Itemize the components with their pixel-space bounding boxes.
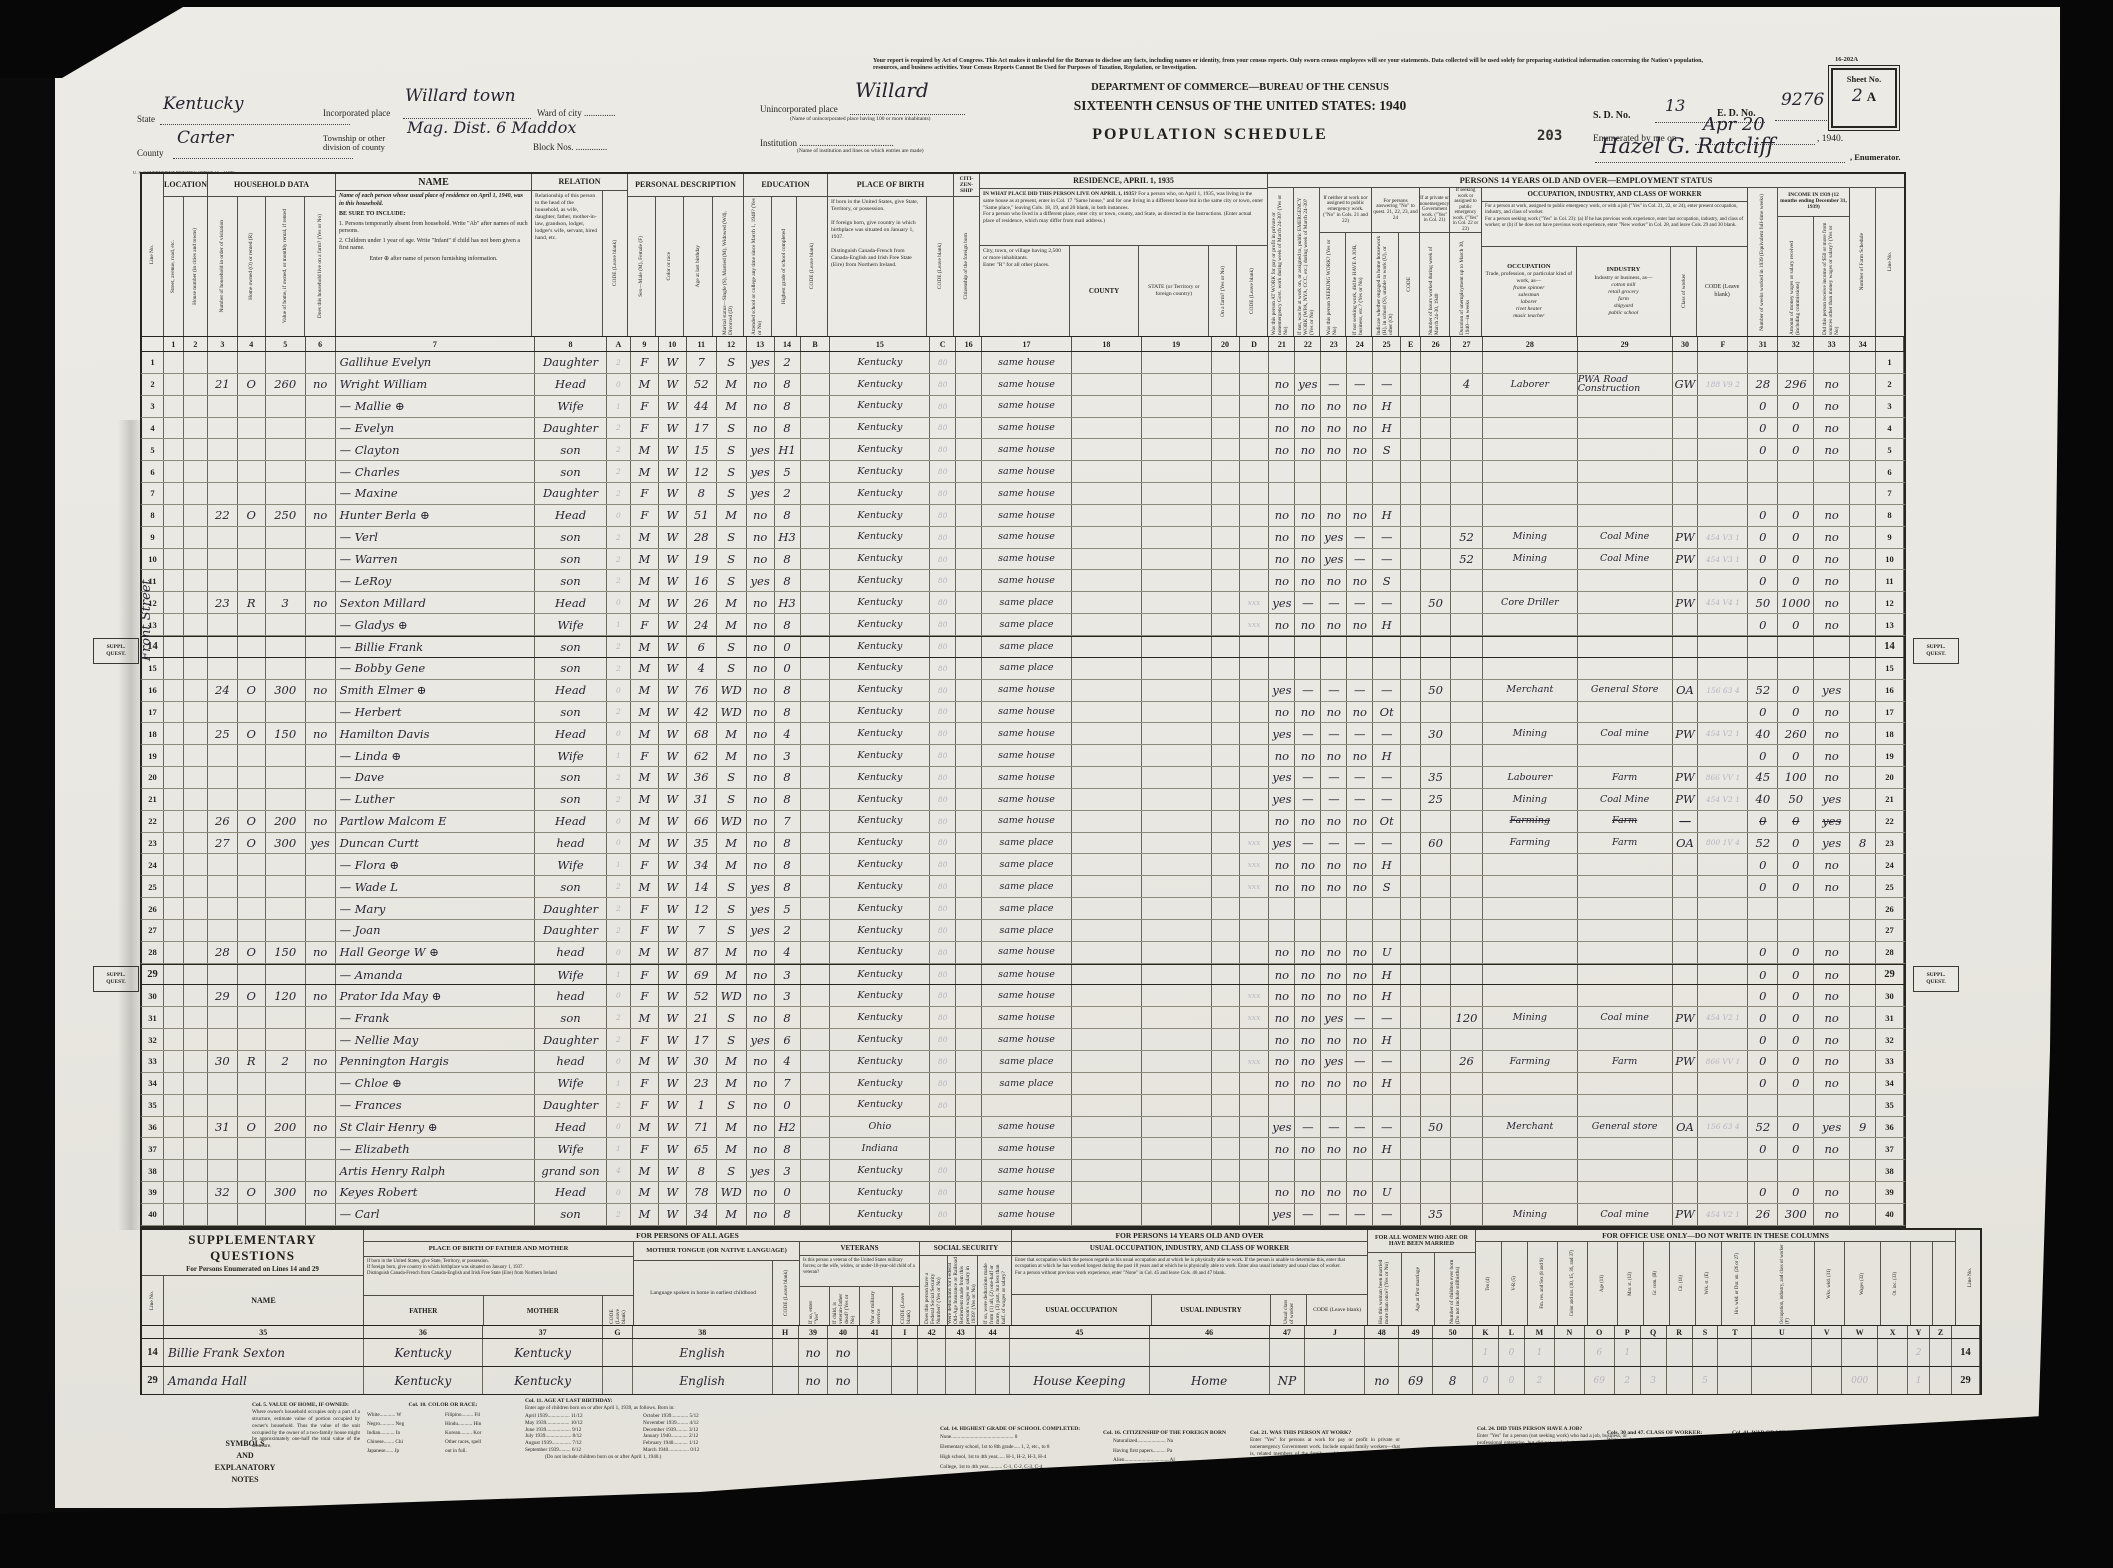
cell-c13: no xyxy=(747,965,775,985)
cell-c30: OA xyxy=(1673,833,1699,854)
cell-c10: W xyxy=(659,876,687,897)
cell-c22: no xyxy=(1295,1051,1321,1072)
cell-c13: no xyxy=(747,1182,775,1203)
cell-c21: no xyxy=(1269,1029,1295,1050)
cell-cA: 0 xyxy=(607,505,631,526)
cell-ln: 19 xyxy=(142,745,164,766)
cell-name: St Clair Henry ⊕ xyxy=(336,1117,536,1138)
cell-c1 xyxy=(164,1073,184,1094)
answering-no-subgroup: For persons answering "No" to quest. 21,… xyxy=(1372,188,1420,336)
schedule-row-29: 29— AmandaWife1FW69Mno3Kentucky80same ho… xyxy=(140,964,1906,986)
cell-c33: no xyxy=(1814,1138,1850,1159)
cell-cC: 80 xyxy=(930,396,956,417)
cell-c6 xyxy=(306,614,336,635)
cell-lnr: 35 xyxy=(1876,1095,1904,1116)
cell-c31: 50 xyxy=(1748,592,1778,613)
cell-c17: same place xyxy=(982,1073,1072,1094)
cell-c28 xyxy=(1483,876,1578,897)
cell-cC: 80 xyxy=(930,965,956,985)
cell-c18 xyxy=(1072,483,1142,504)
cell-c17: same place xyxy=(982,833,1072,854)
cell-cD: xxx xyxy=(1240,854,1270,875)
cell-c5 xyxy=(266,1029,306,1050)
cell-c32: 0 xyxy=(1778,680,1814,701)
cell-c25: — xyxy=(1373,680,1401,701)
schedule-row-14: 14— Billie Frankson2MW6Sno0Kentucky80sam… xyxy=(140,636,1906,658)
office-col-Q-header: Gr. com. (B) xyxy=(1644,1242,1670,1325)
cell-c18 xyxy=(1072,570,1142,591)
cell-c24: — xyxy=(1347,1007,1373,1028)
cell-c1 xyxy=(164,439,184,460)
cell-c14: 8 xyxy=(775,680,801,701)
cell-c24: no xyxy=(1347,570,1373,591)
cell-c5 xyxy=(266,789,306,810)
cell-cF: 156 63 4 xyxy=(1698,680,1748,701)
cell-c31: 0 xyxy=(1748,985,1778,1006)
cell-c13: no xyxy=(747,702,775,723)
cell-c32 xyxy=(1778,637,1814,657)
cell-ln: 37 xyxy=(142,1138,164,1159)
cell-cF xyxy=(1698,854,1748,875)
cell-c29 xyxy=(1578,1073,1673,1094)
census-title: SIXTEENTH CENSUS OF THE UNITED STATES: 1… xyxy=(900,98,1580,114)
sup-cell-K: 0 xyxy=(1473,1367,1499,1394)
cell-c23 xyxy=(1321,920,1347,941)
cell-lnr: 14 xyxy=(1876,637,1904,657)
col21-header: Was this person AT WORK for pay or profi… xyxy=(1271,188,1289,336)
cell-c23: no xyxy=(1321,876,1347,897)
cell-c16 xyxy=(956,461,982,482)
cell-c14: 4 xyxy=(775,1051,801,1072)
cell-c5: 300 xyxy=(266,1182,306,1203)
cell-c16 xyxy=(956,1073,982,1094)
cell-c27 xyxy=(1451,965,1483,985)
cell-c20 xyxy=(1212,965,1240,985)
cell-c32: 0 xyxy=(1778,833,1814,854)
column-number-3: 3 xyxy=(208,337,238,351)
cell-c2 xyxy=(184,876,208,897)
cell-c2 xyxy=(184,483,208,504)
cell-c10: W xyxy=(659,985,687,1006)
cell-c33: yes xyxy=(1814,680,1850,701)
cell-c20 xyxy=(1212,876,1240,897)
cell-c14: 7 xyxy=(775,1073,801,1094)
cell-c21: no xyxy=(1269,985,1295,1006)
cell-c14: 8 xyxy=(775,1138,801,1159)
cell-c15: Kentucky xyxy=(830,614,930,635)
sup-cell-X xyxy=(1878,1367,1908,1394)
cell-c15: Indiana xyxy=(830,1138,930,1159)
cell-c21 xyxy=(1269,483,1295,504)
cell-rel: son xyxy=(535,789,607,810)
cell-c6: no xyxy=(306,505,336,526)
cell-c19 xyxy=(1142,483,1212,504)
cell-c22: — xyxy=(1295,833,1321,854)
cell-cD xyxy=(1240,527,1270,548)
column-number-31: 31 xyxy=(1748,337,1778,351)
cell-c6 xyxy=(306,1095,336,1116)
cell-c2 xyxy=(184,1095,208,1116)
cell-c30: PW xyxy=(1673,1051,1699,1072)
cell-cC: 80 xyxy=(930,483,956,504)
cell-c27 xyxy=(1451,461,1483,482)
cell-c19 xyxy=(1142,1117,1212,1138)
cell-cB xyxy=(801,439,831,460)
cell-cF: 454 V2 1 xyxy=(1698,1007,1748,1028)
cell-cB xyxy=(801,1051,831,1072)
col2-header: House number (in cities and towns) xyxy=(192,227,198,306)
cell-c21: no xyxy=(1269,549,1295,570)
cell-c19 xyxy=(1142,1029,1212,1050)
cell-cA: 2 xyxy=(607,658,631,679)
col23-header: Was this person SEEKING WORK? (Yes or No… xyxy=(1326,233,1338,336)
cell-c16 xyxy=(956,702,982,723)
cell-c29 xyxy=(1578,898,1673,919)
legal-notice: Your report is required by Act of Congre… xyxy=(873,58,1703,72)
cell-c27 xyxy=(1451,592,1483,613)
cell-c22 xyxy=(1295,461,1321,482)
column-number-25: 25 xyxy=(1373,337,1401,351)
cell-c18 xyxy=(1072,505,1142,526)
cell-c31 xyxy=(1748,483,1778,504)
cell-c11: 21 xyxy=(687,1007,717,1028)
line-no-header: Line No. xyxy=(149,244,155,265)
cell-ln: 26 xyxy=(142,898,164,919)
cell-cB xyxy=(801,1138,831,1159)
cell-cD xyxy=(1240,505,1270,526)
cell-c11: 87 xyxy=(687,942,717,963)
cell-c3 xyxy=(208,789,238,810)
sheet-value-pr: A xyxy=(1867,89,1876,104)
cell-cE xyxy=(1401,352,1421,373)
binding-fold-shadow xyxy=(118,420,144,1230)
cell-c31: 0 xyxy=(1748,396,1778,417)
cell-c11: 7 xyxy=(687,920,717,941)
cell-ln: 17 xyxy=(142,702,164,723)
sup-column-number-43: 43 xyxy=(946,1326,976,1338)
cell-ln: 25 xyxy=(142,876,164,897)
cell-name: — Billie Frank xyxy=(336,637,536,657)
cell-c19 xyxy=(1142,1051,1212,1072)
cell-c3 xyxy=(208,1073,238,1094)
cell-c17: same house xyxy=(982,811,1072,832)
cell-c22: yes xyxy=(1295,374,1321,395)
cell-c12: M xyxy=(717,592,747,613)
column-number-16: 16 xyxy=(956,337,982,351)
cell-cE xyxy=(1401,592,1421,613)
cell-cF: 454 V3 1 xyxy=(1698,527,1748,548)
cell-c3 xyxy=(208,1204,238,1225)
cell-c1 xyxy=(164,811,184,832)
cell-c13: yes xyxy=(747,1160,775,1181)
cell-c6 xyxy=(306,898,336,919)
cell-c30: PW xyxy=(1673,592,1699,613)
cell-c32 xyxy=(1778,898,1814,919)
sup-column-number-V: V xyxy=(1812,1326,1842,1338)
cell-c5 xyxy=(266,439,306,460)
cell-c14: 3 xyxy=(775,745,801,766)
cell-c29: Coal Mine xyxy=(1578,527,1673,548)
cell-c9: M xyxy=(631,637,659,657)
cell-c13: yes xyxy=(747,461,775,482)
cell-rel: Wife xyxy=(535,1073,607,1094)
sup-cell-T xyxy=(1718,1339,1752,1366)
cell-c29 xyxy=(1578,483,1673,504)
cell-c14: 8 xyxy=(775,374,801,395)
cell-c10: W xyxy=(659,833,687,854)
cell-cF: 156 63 4 xyxy=(1698,1117,1748,1138)
cell-c32 xyxy=(1778,483,1814,504)
schedule-row-4: 4— EvelynDaughter2FW17Sno8Kentucky80same… xyxy=(140,418,1906,440)
sup-cell-O: 69 xyxy=(1585,1367,1615,1394)
sup-cell-m37: Kentucky xyxy=(483,1367,603,1394)
cell-c19 xyxy=(1142,461,1212,482)
sup-cell-s43 xyxy=(946,1339,976,1366)
cell-c15: Kentucky xyxy=(830,570,930,591)
cell-c5 xyxy=(266,1160,306,1181)
cell-c1 xyxy=(164,745,184,766)
neither-work-subgroup: If neither at work nor assigned to publi… xyxy=(1320,188,1372,336)
sup-cell-P: 2 xyxy=(1615,1367,1641,1394)
cell-cE xyxy=(1401,374,1421,395)
cell-c32: 0 xyxy=(1778,418,1814,439)
cell-c24 xyxy=(1347,352,1373,373)
cell-lnr: 25 xyxy=(1876,876,1904,897)
cell-c26: 50 xyxy=(1421,1117,1451,1138)
cell-c10: W xyxy=(659,549,687,570)
cell-rel: son xyxy=(535,549,607,570)
sup-column-number-47: 47 xyxy=(1270,1326,1306,1338)
codeF-header: CODE (Leave blank) xyxy=(1697,282,1747,301)
cell-c34 xyxy=(1850,1007,1876,1028)
cell-c34 xyxy=(1850,1204,1876,1225)
cell-c10: W xyxy=(659,570,687,591)
cell-c25 xyxy=(1373,1160,1401,1181)
cell-c30 xyxy=(1673,1182,1699,1203)
cell-cF xyxy=(1698,702,1748,723)
cell-c34 xyxy=(1850,985,1876,1006)
cell-lnr: 7 xyxy=(1876,483,1904,504)
cell-ln: 29 xyxy=(142,965,164,985)
cell-c9: F xyxy=(631,1073,659,1094)
cell-c19 xyxy=(1142,854,1212,875)
col18-header: COUNTY xyxy=(1070,246,1140,336)
cell-c2 xyxy=(184,1204,208,1225)
cell-c28 xyxy=(1483,1138,1578,1159)
cell-c16 xyxy=(956,374,982,395)
cell-c15: Kentucky xyxy=(830,965,930,985)
cell-c32: 0 xyxy=(1778,745,1814,766)
codeG-header: CODE (Leave blank) xyxy=(609,1296,627,1325)
cell-c27 xyxy=(1451,1095,1483,1116)
cell-c25: Ot xyxy=(1373,811,1401,832)
cell-c29 xyxy=(1578,461,1673,482)
cell-c26 xyxy=(1421,965,1451,985)
cell-c33: no xyxy=(1814,527,1850,548)
cell-c3: 31 xyxy=(208,1117,238,1138)
cell-c30: PW xyxy=(1673,527,1699,548)
cell-c18 xyxy=(1072,854,1142,875)
cell-c31: 0 xyxy=(1748,965,1778,985)
cell-c3: 30 xyxy=(208,1051,238,1072)
office-col-L-header: V-R (5) xyxy=(1502,1242,1528,1325)
cell-c4 xyxy=(238,745,266,766)
cell-ln: 32 xyxy=(142,1029,164,1050)
cell-c10: W xyxy=(659,396,687,417)
col41-header: War or military service xyxy=(870,1287,882,1325)
cell-c1 xyxy=(164,614,184,635)
cell-c16 xyxy=(956,854,982,875)
cell-c15: Kentucky xyxy=(830,637,930,657)
cell-c32: 0 xyxy=(1778,396,1814,417)
cell-c24: no xyxy=(1347,985,1373,1006)
cell-c14: H1 xyxy=(775,439,801,460)
cell-c16 xyxy=(956,811,982,832)
schedule-row-35: 35— FrancesDaughter2FW1Sno0Kentucky8035 xyxy=(140,1095,1906,1117)
cell-c17: same place xyxy=(982,898,1072,919)
cell-c28 xyxy=(1483,702,1578,723)
column-number-C: C xyxy=(930,337,956,351)
sheet-number-box: Sheet No. 2 A xyxy=(1831,68,1897,128)
name-group: NAME Name of each person whose usual pla… xyxy=(336,174,532,336)
cell-c1 xyxy=(164,418,184,439)
cell-lnr: 38 xyxy=(1876,1160,1904,1181)
cell-c14: 8 xyxy=(775,833,801,854)
cell-c31: 0 xyxy=(1748,1138,1778,1159)
cell-cB xyxy=(801,527,831,548)
cell-c29 xyxy=(1578,985,1673,1006)
cell-c25: — xyxy=(1373,767,1401,788)
cell-c19 xyxy=(1142,658,1212,679)
cell-c11: 76 xyxy=(687,680,717,701)
line-no-right-header: Line No. xyxy=(1887,251,1893,272)
cell-c5 xyxy=(266,767,306,788)
tongue-instructions: Language spoken in home in earliest chil… xyxy=(647,1288,759,1299)
cell-c32: 0 xyxy=(1778,527,1814,548)
cell-c25: — xyxy=(1373,789,1401,810)
column-number-30: 30 xyxy=(1673,337,1699,351)
cell-cF xyxy=(1698,1029,1748,1050)
cell-c3: 24 xyxy=(208,680,238,701)
cell-c14: 4 xyxy=(775,723,801,744)
cell-c19 xyxy=(1142,745,1212,766)
cell-c9: F xyxy=(631,920,659,941)
sup-column-number-40: 40 xyxy=(828,1326,858,1338)
cell-cF xyxy=(1698,570,1748,591)
cell-c24: no xyxy=(1347,505,1373,526)
cell-c13: no xyxy=(747,789,775,810)
cell-c32 xyxy=(1778,920,1814,941)
cell-c4: R xyxy=(238,592,266,613)
cell-c32: 0 xyxy=(1778,965,1814,985)
column-number-32: 32 xyxy=(1778,337,1814,351)
cell-c9: F xyxy=(631,745,659,766)
cell-c24: — xyxy=(1347,1051,1373,1072)
cell-c25: H xyxy=(1373,1138,1401,1159)
cell-c27 xyxy=(1451,680,1483,701)
cell-c22: — xyxy=(1295,592,1321,613)
state-value: Kentucky xyxy=(163,94,243,114)
cell-c4: O xyxy=(238,505,266,526)
cell-c31: 0 xyxy=(1748,418,1778,439)
cell-c34 xyxy=(1850,614,1876,635)
cell-cC: 80 xyxy=(930,439,956,460)
cell-c17: same house xyxy=(982,745,1072,766)
cell-c6 xyxy=(306,461,336,482)
cell-c6 xyxy=(306,1007,336,1028)
cell-c11: 34 xyxy=(687,1204,717,1225)
cell-c13: no xyxy=(747,1117,775,1138)
cell-c24: — xyxy=(1347,374,1373,395)
cell-c33: no xyxy=(1814,702,1850,723)
cell-c25: S xyxy=(1373,439,1401,460)
cell-c21: no xyxy=(1269,418,1295,439)
cell-c32: 0 xyxy=(1778,854,1814,875)
enumerator-label: , Enumerator. xyxy=(1850,152,1900,162)
cell-c21 xyxy=(1269,461,1295,482)
sup-column-number-W: W xyxy=(1842,1326,1878,1338)
cell-cB xyxy=(801,396,831,417)
cell-c29: Farm xyxy=(1578,833,1673,854)
cell-c6 xyxy=(306,965,336,985)
cell-c13: yes xyxy=(747,920,775,941)
cell-c29 xyxy=(1578,876,1673,897)
cell-c26 xyxy=(1421,1051,1451,1072)
cell-c2 xyxy=(184,549,208,570)
cell-c5 xyxy=(266,637,306,657)
cell-c9: M xyxy=(631,592,659,613)
cell-c22: no xyxy=(1295,1138,1321,1159)
cell-c20 xyxy=(1212,985,1240,1006)
cell-c32: 0 xyxy=(1778,1138,1814,1159)
cell-cB xyxy=(801,461,831,482)
cell-c30 xyxy=(1673,614,1699,635)
page-stamp-number: 203 xyxy=(1537,128,1562,144)
cell-c4: O xyxy=(238,985,266,1006)
schedule-row-23: 2327O300yesDuncan Curtthead0MW35Mno8Kent… xyxy=(140,833,1906,855)
cell-c34 xyxy=(1850,418,1876,439)
cell-c5: 2 xyxy=(266,1051,306,1072)
cell-c33 xyxy=(1814,1095,1850,1116)
suppl-quest-stamp-right-14: SUPPL. QUEST. xyxy=(1913,638,1959,664)
cell-c11: 35 xyxy=(687,833,717,854)
cell-c34 xyxy=(1850,1051,1876,1072)
cell-c1 xyxy=(164,1117,184,1138)
cell-c26 xyxy=(1421,505,1451,526)
cell-c29: Coal mine xyxy=(1578,723,1673,744)
cell-c10: W xyxy=(659,898,687,919)
cell-c32: 0 xyxy=(1778,1029,1814,1050)
cell-rel: son xyxy=(535,1007,607,1028)
cell-cF: 454 V2 1 xyxy=(1698,789,1748,810)
col32-header: Amount of money wages or salary received… xyxy=(1789,217,1801,336)
cell-cE xyxy=(1401,745,1421,766)
cell-c1 xyxy=(164,592,184,613)
cell-c34 xyxy=(1850,920,1876,941)
sup-column-number-J: J xyxy=(1305,1326,1365,1338)
sup-cell-s44 xyxy=(976,1367,1010,1394)
cell-c23: — xyxy=(1321,833,1347,854)
cell-c13: no xyxy=(747,833,775,854)
cell-c16 xyxy=(956,527,982,548)
cell-c23: — xyxy=(1321,767,1347,788)
cell-c25: H xyxy=(1373,418,1401,439)
cell-c2 xyxy=(184,396,208,417)
schedule-row-38: 38Artis Henry Ralphgrand son4MW8Syes3Ken… xyxy=(140,1160,1906,1182)
cell-c28 xyxy=(1483,396,1578,417)
cell-cB xyxy=(801,1182,831,1203)
cell-c15: Kentucky xyxy=(830,658,930,679)
